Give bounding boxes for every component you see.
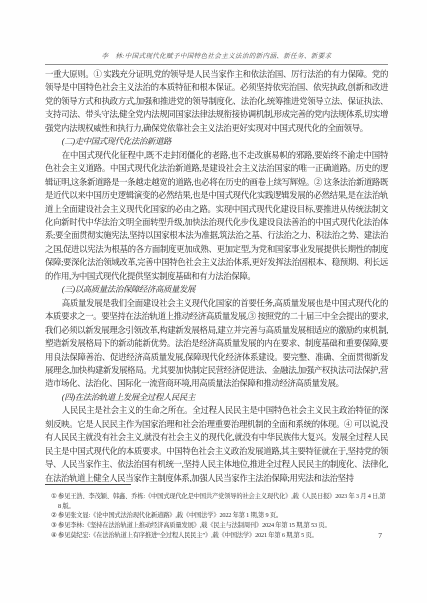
page-content: 李 林:中国式现代化赋予中国特色社会主义法治的新内涵、新任务、新要求 一重大原则… — [45, 50, 388, 485]
footnote-text: 参见张文显:《论中国式法治现代化新道路》,载《中国法学》2022 年第 1 期,… — [58, 511, 388, 521]
footnote-text: 参见莫纪宏:《在法治轨道上有序推进“全过程人民民主”》,载《中国法学》2021 … — [58, 531, 388, 541]
footnote-marker: ④ — [45, 531, 58, 541]
running-head: 李 林:中国式现代化赋予中国特色社会主义法治的新内涵、新任务、新要求 — [45, 50, 388, 64]
paragraph-section-3: 高质量发展是我们全面建设社会主义现代化国家的首要任务,高质量发展也是中国式现代化… — [45, 297, 388, 391]
footnote-block: ① 参见王浩、李茂颖、韩鑫、乔栋:《中国式现代化是中国共产党领导的社会主义现代化… — [45, 484, 388, 541]
section-heading-3: (三)以高质量法治保障经济高质量发展 — [45, 283, 388, 296]
footnote-item: ③ 参见李林:《坚持在法治轨道上推动经济高质量发展》,载《民主与法制周刊》202… — [45, 521, 388, 531]
footnote-marker: ② — [45, 511, 58, 521]
footnote-rule — [45, 484, 131, 485]
footnote-marker: ③ — [45, 521, 58, 531]
footnote-item: ④ 参见莫纪宏:《在法治轨道上有序推进“全过程人民民主”》,载《中国法学》202… — [45, 531, 388, 541]
paragraph-section-4: 人民民主是社会主义的生命之所在。全过程人民民主是中国特色社会主义民主政治特征的深… — [45, 404, 388, 485]
section-heading-4: (四)在法治轨道上发展全过程人民民主 — [45, 391, 388, 404]
page-number: 7 — [378, 531, 382, 540]
paragraph-section-2: 在中国式现代化征程中,既不走封闭僵化的老路,也不走改旗易帜的邪路,要始终不渝走中… — [45, 149, 388, 284]
paragraph-continued: 一重大原则。① 实践充分证明,党的领导是人民当家作主和依法治国、厉行法治的有力保… — [45, 68, 388, 135]
footnote-item: ② 参见张文显:《论中国式法治现代化新道路》,载《中国法学》2022 年第 1 … — [45, 511, 388, 521]
section-heading-2: (二)走中国式现代化法治新道路 — [45, 135, 388, 148]
footnote-marker: ① — [45, 492, 58, 511]
header-rule — [45, 64, 388, 65]
footnote-text: 参见李林:《坚持在法治轨道上推动经济高质量发展》,载《民主与法制周刊》2024 … — [58, 521, 388, 531]
article-body: 一重大原则。① 实践充分证明,党的领导是人民当家作主和依法治国、厉行法治的有力保… — [45, 68, 388, 485]
paper-page: 李 林:中国式现代化赋予中国特色社会主义法治的新内涵、新任务、新要求 一重大原则… — [0, 0, 427, 603]
footnote-item: ① 参见王浩、李茂颖、韩鑫、乔栋:《中国式现代化是中国共产党领导的社会主义现代化… — [45, 492, 388, 511]
footnote-text: 参见王浩、李茂颖、韩鑫、乔栋:《中国式现代化是中国共产党领导的社会主义现代化》,… — [58, 492, 388, 511]
